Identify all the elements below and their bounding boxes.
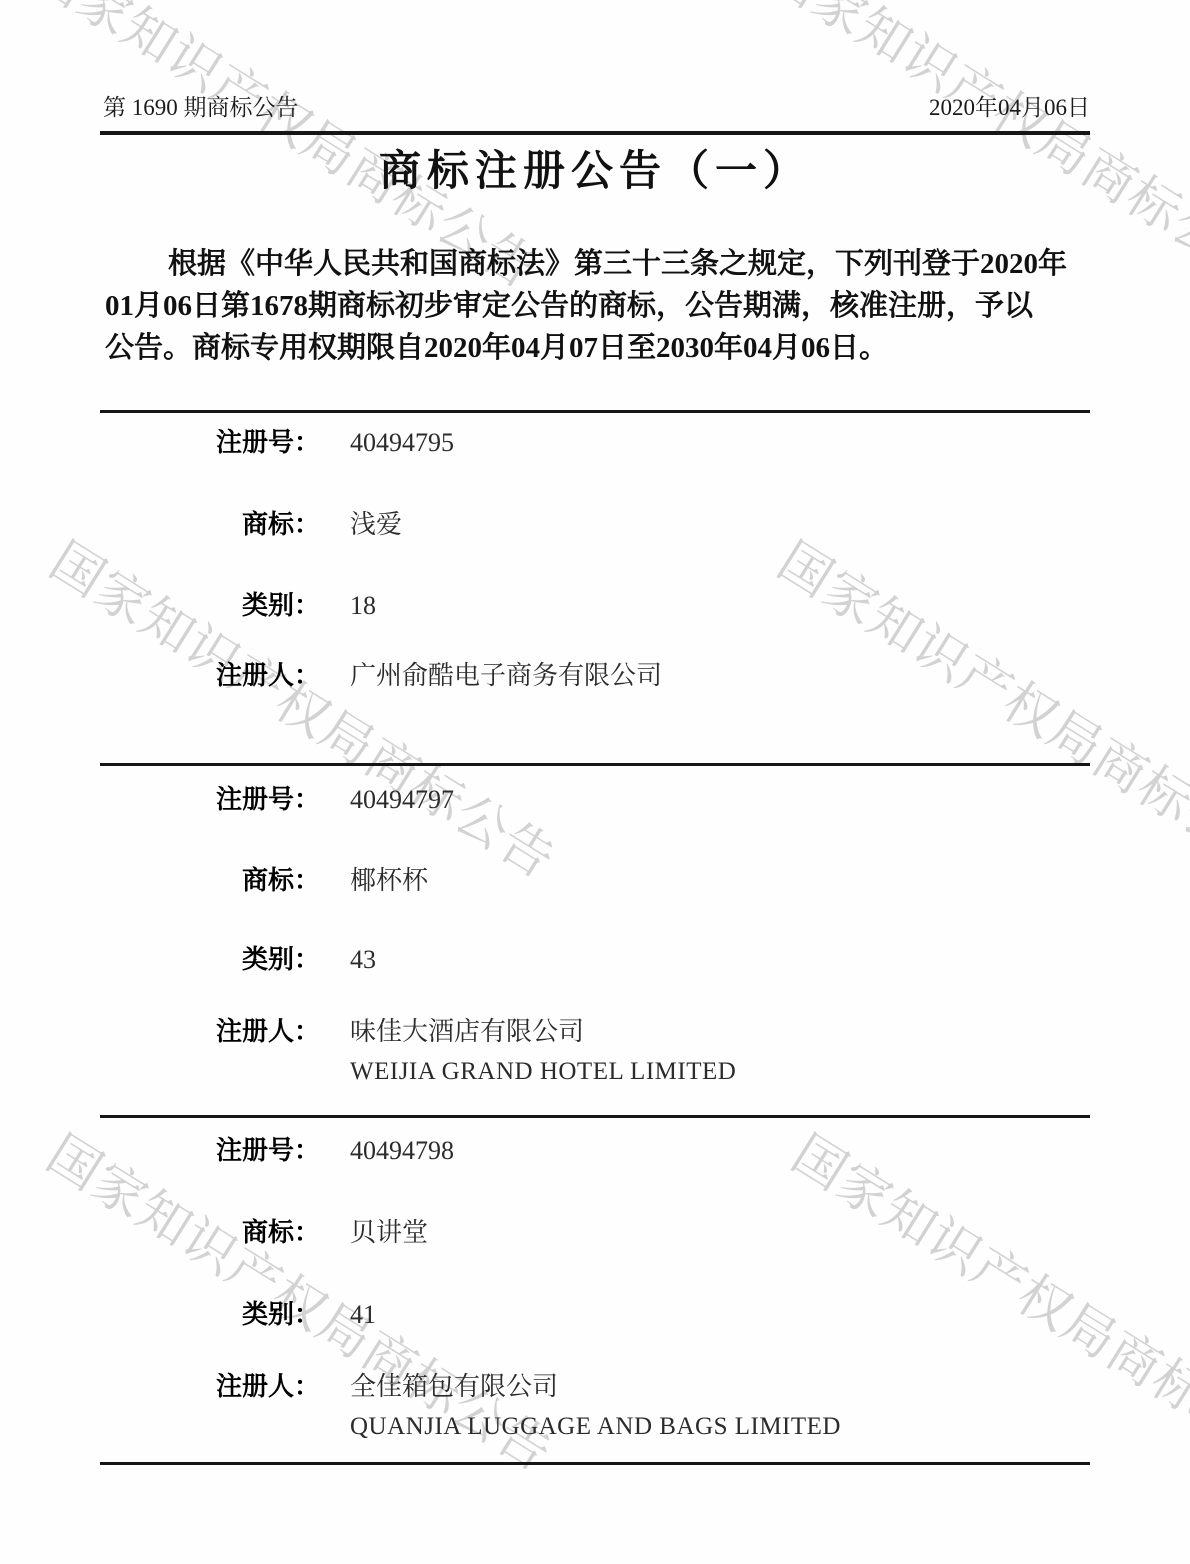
field-value: 贝讲堂 [350,1213,428,1253]
record-separator [100,763,1090,766]
field-label: 商标： [103,861,320,901]
record-separator [100,1115,1090,1118]
record-row-class: 类别： 18 [103,586,376,626]
field-value: 广州俞酷电子商务有限公司 [350,656,662,696]
record-row-regno: 注册号： 40494795 [103,423,454,463]
field-label: 注册人： [103,1367,320,1407]
field-label: 注册号： [103,1131,320,1171]
record-row-registrant: 注册人： 全佳箱包有限公司 QUANJIA LUGGAGE AND BAGS L… [103,1367,841,1447]
field-label: 类别： [103,940,320,980]
field-label: 注册号： [103,423,320,463]
field-value: 18 [350,586,376,626]
intro-line: 01月06日第1678期商标初步审定公告的商标，公告期满，核准注册，予以 [105,285,1090,327]
record-separator [100,410,1090,413]
record-row-registrant: 注册人： 广州俞酷电子商务有限公司 [103,656,662,696]
field-label: 类别： [103,1295,320,1335]
record-row-registrant: 注册人： 味佳大酒店有限公司 WEIJIA GRAND HOTEL LIMITE… [103,1012,736,1092]
issue-label: 第 1690 期商标公告 [103,94,299,122]
field-label: 类别： [103,586,320,626]
field-label: 注册人： [103,656,320,696]
field-value: 椰杯杯 [350,861,428,901]
field-label: 注册人： [103,1012,320,1052]
field-value: 全佳箱包有限公司 QUANJIA LUGGAGE AND BAGS LIMITE… [350,1367,841,1447]
record-row-class: 类别： 41 [103,1295,376,1335]
page-title: 商标注册公告（一） [0,146,1190,198]
registrant-cn: 广州俞酷电子商务有限公司 [350,656,662,696]
registrant-cn: 全佳箱包有限公司 [350,1367,841,1407]
record-row-trademark: 商标： 椰杯杯 [103,861,428,901]
record-row-trademark: 商标： 贝讲堂 [103,1213,428,1253]
record-row-class: 类别： 43 [103,940,376,980]
field-label: 注册号： [103,780,320,820]
record-row-regno: 注册号： 40494798 [103,1131,454,1171]
record-row-regno: 注册号： 40494797 [103,780,454,820]
field-value: 43 [350,940,376,980]
registrant-cn: 味佳大酒店有限公司 [350,1012,736,1052]
registrant-en: QUANJIA LUGGAGE AND BAGS LIMITED [350,1407,841,1447]
record-row-trademark: 商标： 浅爱 [103,505,402,545]
field-label: 商标： [103,1213,320,1253]
field-value: 40494798 [350,1131,454,1171]
field-value: 浅爱 [350,505,402,545]
header-rule [100,131,1090,135]
header-date: 2020年04月06日 [929,94,1090,122]
field-value: 40494797 [350,780,454,820]
registrant-en: WEIJIA GRAND HOTEL LIMITED [350,1052,736,1092]
gazette-page: 国家知识产权局商标公告 国家知识产权局商标公告 国家知识产权局商标公告 国家知识… [0,0,1190,1564]
field-value: 味佳大酒店有限公司 WEIJIA GRAND HOTEL LIMITED [350,1012,736,1092]
field-value: 41 [350,1295,376,1335]
intro-line: 根据《中华人民共和国商标法》第三十三条之规定，下列刊登于2020年 [105,243,1090,285]
intro-line: 公告。商标专用权期限自2020年04月07日至2030年04月06日。 [105,327,1090,369]
intro-paragraph: 根据《中华人民共和国商标法》第三十三条之规定，下列刊登于2020年 01月06日… [105,243,1090,369]
field-value: 40494795 [350,423,454,463]
field-label: 商标： [103,505,320,545]
bottom-rule [100,1462,1090,1465]
